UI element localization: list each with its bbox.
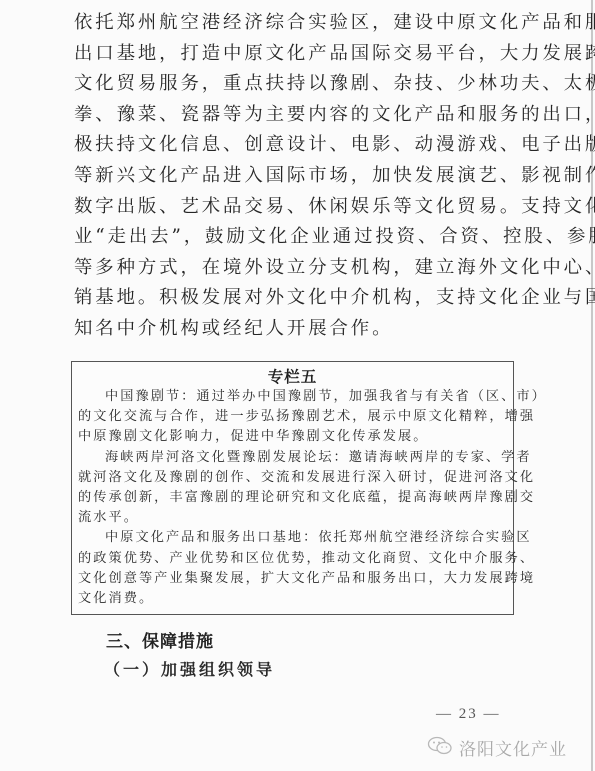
column-box: 专栏五 中国豫剧节：通过举办中国豫剧节，加强我省与有关省（区、市） 的文化交流与… (71, 361, 514, 615)
box-line: 的传承创新，丰富豫剧的理论研究和文化底蕴，提高海峡两岸豫剧交 (72, 488, 513, 508)
body-line: 数字出版、艺术品交易、休闲娱乐等文化贸易。支持文化企 (74, 192, 520, 223)
body-line: 出口基地，打造中原文化产品国际交易平台，大力发展跨境 (74, 39, 520, 70)
page-number: — 23 — (436, 706, 501, 723)
section-heading: 三、保障措施 (106, 627, 214, 652)
box-line: 的文化交流与合作，进一步弘扬豫剧艺术，展示中原文化精粹，增强 (72, 407, 513, 427)
body-line: 极扶持文化信息、创意设计、电影、动漫游戏、电子出版物 (74, 130, 520, 161)
box-line: 文化消费。 (72, 589, 513, 609)
box-line: 中原文化产品和服务出口基地：依托郑州航空港经济综合实验区 (72, 528, 513, 548)
body-line: 业“走出去”，鼓励文化企业通过投资、合资、控股、参股 (74, 222, 520, 253)
body-line: 依托郑州航空港经济综合实验区，建设中原文化产品和服务 (74, 8, 520, 39)
watermark: 洛阳文化产业 (427, 735, 567, 760)
body-line: 等新兴文化产品进入国际市场，加快发展演艺、影视制作、 (74, 161, 520, 192)
box-line: 中原豫剧文化影响力，促进中华豫剧文化传承发展。 (72, 427, 513, 447)
watermark-text: 洛阳文化产业 (459, 735, 567, 760)
body-line: 拳、豫菜、瓷器等为主要内容的文化产品和服务的出口，积 (74, 100, 520, 131)
subsection-heading: （一）加强组织领导 (104, 657, 275, 680)
body-paragraph: 依托郑州航空港经济综合实验区，建设中原文化产品和服务 出口基地，打造中原文化产品… (74, 8, 520, 345)
box-line: 流水平。 (72, 508, 513, 528)
box-line: 的政策优势、产业优势和区位优势，推动文化商贸、文化中介服务、 (72, 549, 513, 569)
box-line: 中国豫剧节：通过举办中国豫剧节，加强我省与有关省（区、市） (72, 387, 513, 407)
box-line: 海峡两岸河洛文化暨豫剧发展论坛：邀请海峡两岸的专家、学者 (72, 448, 513, 468)
box-line: 文化创意等产业集聚发展，扩大文化产品和服务出口，大力发展跨境 (72, 569, 513, 589)
wechat-icon (427, 736, 453, 760)
body-line: 等多种方式，在境外设立分支机构，建立海外文化中心、营 (74, 253, 520, 284)
body-line: 知名中介机构或经纪人开展合作。 (74, 314, 520, 345)
box-line: 就河洛文化及豫剧的创作、交流和发展进行深入研讨，促进河洛文化 (72, 468, 513, 488)
box-title: 专栏五 (72, 367, 513, 387)
body-line: 销基地。积极发展对外文化中介机构，支持文化企业与国际 (74, 283, 520, 314)
body-line: 文化贸易服务，重点扶持以豫剧、杂技、少林功夫、太极 (74, 69, 520, 100)
